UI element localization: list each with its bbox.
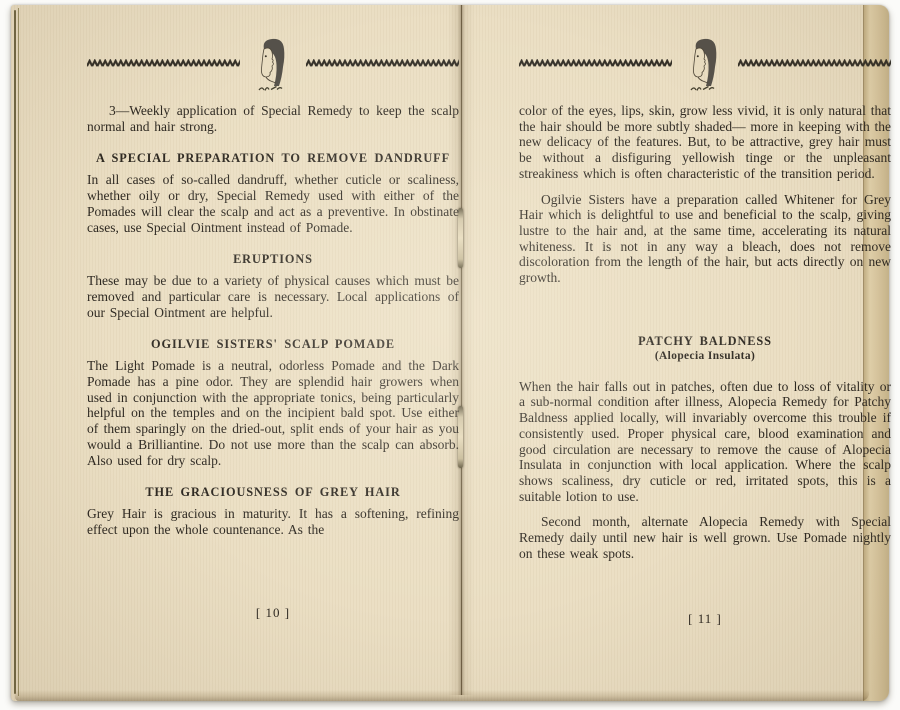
scanned-booklet-spread: 3—Weekly application of Special Remedy t…	[0, 0, 900, 710]
paragraph: The Light Pomade is a neutral, odorless …	[87, 358, 459, 468]
section-subheading: (Alopecia Insulata)	[519, 350, 891, 363]
paragraph: Second month, alternate Alopecia Remedy …	[519, 514, 891, 561]
bottom-edge-shadow	[15, 690, 869, 701]
zigzag-rule-icon	[306, 59, 459, 68]
page-header	[519, 33, 891, 93]
page-11: color of the eyes, lips, skin, grow less…	[519, 33, 891, 561]
paragraph: These may be due to a variety of physica…	[87, 273, 459, 320]
zigzag-rule-icon	[519, 59, 672, 68]
page-10: 3—Weekly application of Special Remedy t…	[87, 33, 459, 538]
paragraph: 3—Weekly application of Special Remedy t…	[87, 103, 459, 134]
woman-profile-motif-icon	[684, 37, 726, 95]
zigzag-rule-icon	[738, 59, 891, 68]
paragraph: When the hair falls out in patches, ofte…	[519, 379, 891, 505]
section-heading: OGILVIE SISTERS' SCALP POMADE	[87, 337, 459, 351]
page-number: [ 11 ]	[519, 611, 891, 627]
page-header	[87, 33, 459, 93]
cover-edge-line	[14, 10, 16, 694]
page-number: [ 10 ]	[87, 605, 459, 621]
zigzag-rule-icon	[87, 59, 240, 68]
section-heading: ERUPTIONS	[87, 252, 459, 266]
section-heading: PATCHY BALDNESS	[519, 334, 891, 348]
paragraph: In all cases of so-called dandruff, whet…	[87, 172, 459, 235]
paragraph: Grey Hair is gracious in maturity. It ha…	[87, 506, 459, 537]
paragraph: color of the eyes, lips, skin, grow less…	[519, 103, 891, 182]
woman-profile-motif-icon	[252, 37, 294, 95]
section-heading: A SPECIAL PREPARATION TO REMOVE DANDRUFF	[87, 151, 459, 165]
page-edge-line	[18, 8, 19, 696]
booklet-paper: 3—Weekly application of Special Remedy t…	[11, 5, 889, 701]
paragraph: Ogilvie Sisters have a preparation calle…	[519, 192, 891, 286]
section-heading: THE GRACIOUSNESS OF GREY HAIR	[87, 485, 459, 499]
